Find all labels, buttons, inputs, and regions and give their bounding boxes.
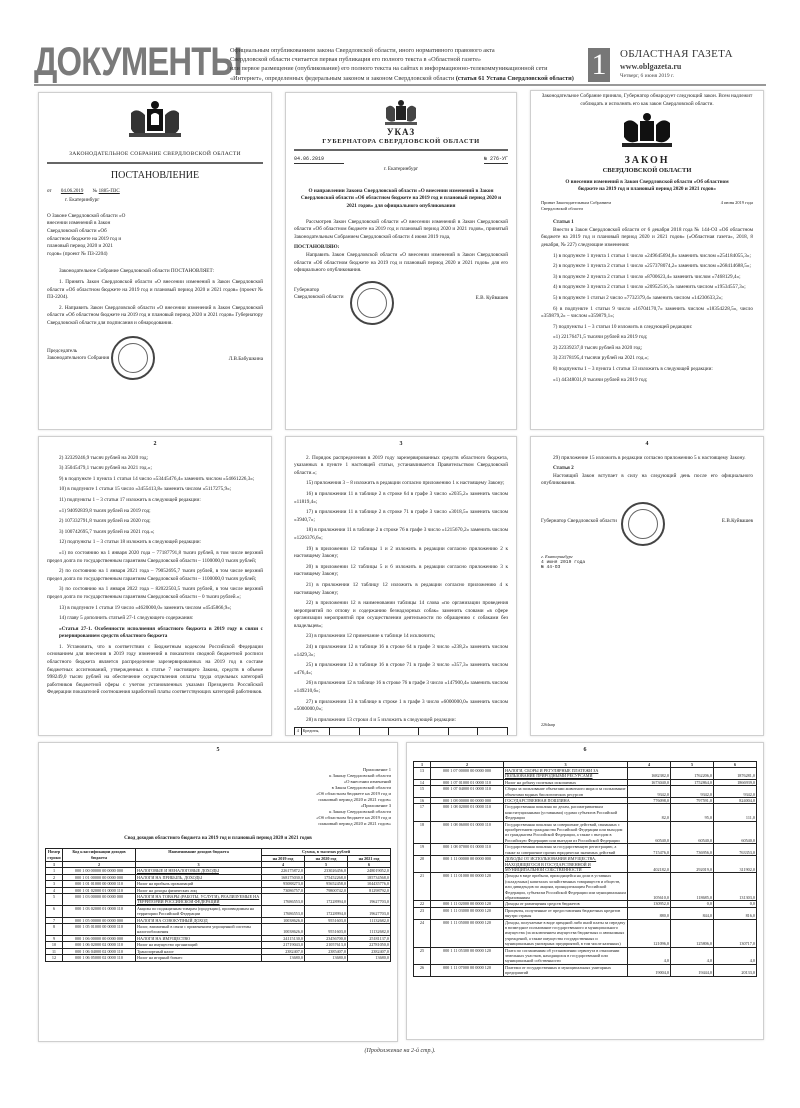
article-27-1-text: 1. Установить, что в соответствии с Бюдж…: [47, 644, 263, 697]
table-row: 26000 1 11 07000 00 0000 120Платежи от г…: [414, 964, 757, 976]
amendment-item: 23) в приложении 12 примечание к таблице…: [294, 633, 508, 641]
issuing-body: ГУБЕРНАТОРА СВЕРДЛОВСКОЙ ОБЛАСТИ: [294, 138, 508, 146]
article-1-title: Статья 1: [541, 219, 753, 227]
law-heading: О внесении изменений в Закон Свердловско…: [555, 179, 739, 194]
print-code: 2264кпр: [541, 721, 555, 729]
amendment-item: 9) в подпункте 1 пункта 1 статьи 14 числ…: [47, 476, 263, 484]
document-page-2: 2 2) 32329246,9 тысяч рублей на 2020 год…: [38, 436, 272, 736]
masthead-divider: [34, 84, 766, 86]
signature-block: Губернатор Свердловской области Е.В.Куйв…: [541, 508, 753, 538]
resolution-item: 1. Принять Закон Свердловской области «О…: [47, 279, 263, 302]
amendment-item: 17) в приложении 11 в таблице 2 в строке…: [294, 509, 508, 524]
article-2-title: Статья 2: [541, 465, 753, 473]
decree-body: Рассмотрев Закон Свердловской области «О…: [294, 219, 508, 242]
amendment-item: 2) 32329246,9 тысяч рублей на 2020 год;: [47, 455, 263, 463]
amendment-item: 25) в приложении 12 в таблице 16 в строк…: [294, 662, 508, 677]
newspaper-url[interactable]: www.oblgazeta.ru: [620, 62, 681, 71]
amendment-item: 3) в подпункте 2 пункта 2 статьи 1 число…: [541, 274, 753, 282]
document-postanovlenie: ЗАКОНОДАТЕЛЬНОЕ СОБРАНИЕ СВЕРДЛОВСКОЙ ОБ…: [38, 92, 272, 430]
signature-block: Председатель Законодательного Собрания Л…: [47, 348, 263, 388]
resolution-intro: Законодательное Собрание Свердловской об…: [47, 268, 263, 276]
page-number: 3: [294, 441, 508, 449]
amendment-item: 7) подпункты 1 – 3 статьи 10 изложить в …: [541, 324, 753, 332]
amendment-item: 10) в подпункте 1 статьи 15 число «34554…: [47, 486, 263, 494]
amendment-item: 27) в приложении 13 в таблице в строке 1…: [294, 699, 508, 714]
document-page-5: 5 Приложение 1к Закону Свердловской обла…: [38, 742, 398, 1042]
amendments-list: 2. Порядок распределения в 2019 году зар…: [294, 455, 508, 725]
amendment-item: «1) 94092839,8 тысяч рублей на 2019 год;: [47, 508, 263, 516]
amendment-item: 3) 35045479,1 тысяч рублей на 2021 год.»…: [47, 465, 263, 473]
amendments-list: 2) 32329246,9 тысяч рублей на 2020 год;3…: [47, 455, 263, 623]
document-zakon: Законодательное Собрание приняло, Губерн…: [530, 90, 764, 430]
continuation-note: (Продолжение на 2-й стр.).: [0, 1048, 800, 1054]
table-row: 17000 1 08 02000 01 0000 110Государствен…: [414, 804, 757, 821]
law-signature-details: г. Екатеринбург 4 июня 2019 года № 44-ОЗ: [541, 554, 753, 571]
amendment-item: 5) в подпункте 1 статьи 2 число «7732379…: [541, 295, 753, 303]
document-page-4: 4 29) приложение 15 изложить в редакции …: [530, 436, 764, 736]
amendment-item: 12) подпункты 1 – 3 статьи 18 изложить в…: [47, 539, 263, 547]
table-row: 4Кредиты, привлекаемые от кредитных орга…: [295, 728, 508, 736]
signature-block: Губернатор Свердловской области Е.В. Куй…: [294, 287, 508, 327]
amendment-item: 24) в приложении 12 в таблице 16 в строк…: [294, 644, 508, 659]
header-rule: [294, 149, 508, 151]
table-title: Свод доходов областного бюджета на 2019 …: [45, 835, 391, 843]
amendment-item: 29) приложение 15 изложить в редакции со…: [541, 455, 753, 463]
amendment-item: 19) в приложении 12 таблицы 1 и 2 изложи…: [294, 546, 508, 561]
article-27-1-title: «Статья 27-1. Особенности исполнения обл…: [59, 626, 263, 641]
table-row: 6000 1 03 02000 01 0000 110Акцизы по под…: [46, 905, 391, 917]
annex-header: Приложение 1к Закону Свердловской област…: [45, 767, 391, 827]
amendment-item: 11) подпункты 1 – 3 статьи 17 изложить в…: [47, 497, 263, 505]
coat-of-arms-icon: [125, 99, 185, 143]
amendment-item: «1) 44348031,8 тысячи рублей на 2019 год…: [541, 377, 753, 385]
amendment-item: 14) главу 5 дополнить статьей 27-1 следу…: [47, 615, 263, 623]
document-type-title: ПОСТАНОВЛЕНИЕ: [47, 169, 263, 182]
amendment-item: 8) подпункты 1 – 3 пункта 1 статьи 13 из…: [541, 366, 753, 374]
amendment-item: 20) в приложении 12 таблицы 5 и 6 изложи…: [294, 564, 508, 579]
amendment-item: 13) в подпункте 1 статьи 19 число «46200…: [47, 605, 263, 613]
page-number: 2: [47, 441, 263, 449]
resolution-item: 2. Направить Закон Свердловской области …: [47, 305, 263, 328]
amendment-item: 22) в приложении 12 в наименовании табли…: [294, 600, 508, 630]
table-row: 21000 1 11 01000 00 0000 120Доходы в вид…: [414, 873, 757, 901]
table-row: 18000 1 08 06000 01 0000 110Государствен…: [414, 821, 757, 844]
decree-text: Направить Закон Свердловской области «О …: [294, 252, 508, 275]
amendment-item: 26) в приложении 12 в таблице 16 в строк…: [294, 680, 508, 695]
article-1-intro: Внести в Закон Свердловской области от 6…: [541, 227, 753, 250]
amendment-item: 4) в подпункте 3 пункта 2 статьи 1 число…: [541, 284, 753, 292]
table-row: 23000 1 11 03000 00 0000 120Проценты, по…: [414, 907, 757, 919]
amendment-item: 15) приложения 3 – 8 изложить в редакции…: [294, 480, 508, 488]
header-rule: [47, 162, 263, 164]
table-row: 24000 1 11 05000 00 0000 120Доходы, полу…: [414, 919, 757, 947]
coat-of-arms-icon: [383, 99, 419, 127]
table-row: 12000 1 06 05000 02 0000 110Налог на иго…: [46, 955, 391, 961]
decree-heading: О направлении Закона Свердловской област…: [300, 188, 502, 211]
amendment-item: 3) 23178195,4 тысячи рублей на 2021 год.…: [541, 355, 753, 363]
law-amendments-list: 1) в подпункте 1 пункта 1 статьи 1 число…: [541, 253, 753, 385]
official-seal-icon: [111, 336, 155, 380]
signer-name: Е.В.Куйвашев: [722, 518, 753, 526]
article-2-text: Настоящий Закон вступает в силу на следу…: [541, 473, 753, 488]
section-title: ДОКУМЕНТЫ: [34, 40, 242, 84]
coat-of-arms-icon: [620, 111, 674, 151]
amendment-item: 28) в приложении 13 строки 4 и 5 изложит…: [294, 717, 508, 725]
table-row: 15000 1 07 04000 01 0000 110Сборы за пол…: [414, 786, 757, 798]
newspaper-name: ОБЛАСТНАЯ ГАЗЕТА: [620, 48, 733, 60]
masthead: ДОКУМЕНТЫ Официальным опубликованием зак…: [0, 0, 800, 88]
amendment-item: 2) 107332791,8 тысяч рублей на 2020 год;: [47, 518, 263, 526]
signer-name: Е.В. Куйвашев: [476, 295, 508, 303]
law-region: СВЕРДЛОВСКОЙ ОБЛАСТИ: [541, 167, 753, 175]
issue-date: Четверг, 6 июня 2019 г.: [620, 73, 674, 79]
table-row: 25000 1 11 05300 00 0000 120Плата по сог…: [414, 947, 757, 964]
amendment-item: 21) в приложении 12 таблицу 12 изложить …: [294, 582, 508, 597]
revenue-table-continued: 12345613000 1 07 00000 00 0000 000НАЛОГИ…: [413, 761, 757, 977]
table-row: 19000 1 08 07000 01 0000 110Государствен…: [414, 844, 757, 856]
amendment-item: «1) 22176471,5 тысячи рублей на 2019 год…: [541, 334, 753, 342]
document-type-title: УКАЗ: [294, 127, 508, 138]
document-ukaz: УКАЗ ГУБЕРНАТОРА СВЕРДЛОВСКОЙ ОБЛАСТИ 04…: [285, 92, 517, 430]
amendment-item: 2) в подпункте 1 пункта 2 статьи 1 число…: [541, 263, 753, 271]
amendment-item: 18) в приложении 11 в таблице 2 в строке…: [294, 527, 508, 542]
decree-word: ПОСТАНОВЛЯЮ:: [294, 244, 508, 252]
table-row: 13000 1 07 00000 00 0000 000НАЛОГИ, СБОР…: [414, 768, 757, 780]
page-number: 6: [413, 747, 757, 755]
signer-name: Л.В.Бабушкина: [229, 356, 263, 364]
amendment-item: 3) по состоянию на 1 января 2022 года – …: [47, 586, 263, 601]
law-adoption: Принят Законодательным Собранием Свердло…: [541, 200, 753, 211]
table-row: 20000 1 11 00000 00 0000 000ДОХОДЫ ОТ ИС…: [414, 856, 757, 873]
document-subject: О Законе Свердловской области «О внесени…: [47, 213, 127, 259]
publication-notice: Официальным опубликованием закона Свердл…: [230, 46, 590, 83]
table-row: 5000 1 03 00000 00 0000 000НАЛОГИ НА ТОВ…: [46, 894, 391, 906]
official-seal-icon: [621, 502, 665, 546]
credits-table: 4Кредиты, привлекаемые от кредитных орга…: [294, 727, 508, 736]
document-type-title: ЗАКОН: [541, 155, 753, 167]
law-preamble: Законодательное Собрание приняло, Губерн…: [541, 93, 753, 108]
issuing-body: ЗАКОНОДАТЕЛЬНОЕ СОБРАНИЕ СВЕРДЛОВСКОЙ ОБ…: [47, 151, 263, 159]
document-page-3: 3 2. Порядок распределения в 2019 году з…: [285, 436, 517, 736]
amendment-item: 6) в подпункте 1 статьи 9 число «1670417…: [541, 306, 753, 321]
page-number-badge: 1: [588, 48, 610, 82]
amendment-item: 3) 100742695,7 тысяч рублей на 2021 год.…: [47, 529, 263, 537]
page-number: 4: [541, 441, 753, 449]
amendment-item: 1) в подпункте 1 пункта 1 статьи 1 число…: [541, 253, 753, 261]
document-city: г. Екатеринбург: [294, 166, 508, 174]
document-date-number: от 04.06.2019 № 1885-ПЗС: [47, 188, 263, 196]
amendment-item: 2) по состоянию на 1 января 2021 года – …: [47, 568, 263, 583]
official-seal-icon: [350, 281, 394, 325]
amendment-item: 16) в приложении 11 в таблице 2 в строке…: [294, 491, 508, 506]
table-row: 1000 1 00 00000 00 0000 000НАЛОГОВЫЕ И Н…: [46, 868, 391, 874]
document-date-number: 04.06.2019 № 276-УГ: [294, 156, 508, 165]
page-number: 5: [45, 747, 391, 755]
amendment-item: 2. Порядок распределения в 2019 году зар…: [294, 455, 508, 478]
document-city: г. Екатеринбург: [65, 197, 263, 205]
amendment-item: 2) 22339237,0 тысяч рублей на 2020 год;: [541, 345, 753, 353]
table-row: 8000 1 05 01000 00 0000 110Налог, взимае…: [46, 924, 391, 936]
revenue-table: Номер строкиКод классификации доходов бю…: [45, 848, 391, 961]
document-page-6: 6 12345613000 1 07 00000 00 0000 000НАЛО…: [406, 742, 764, 1040]
amendment-item: «1) по состоянию на 1 января 2020 года –…: [47, 550, 263, 565]
